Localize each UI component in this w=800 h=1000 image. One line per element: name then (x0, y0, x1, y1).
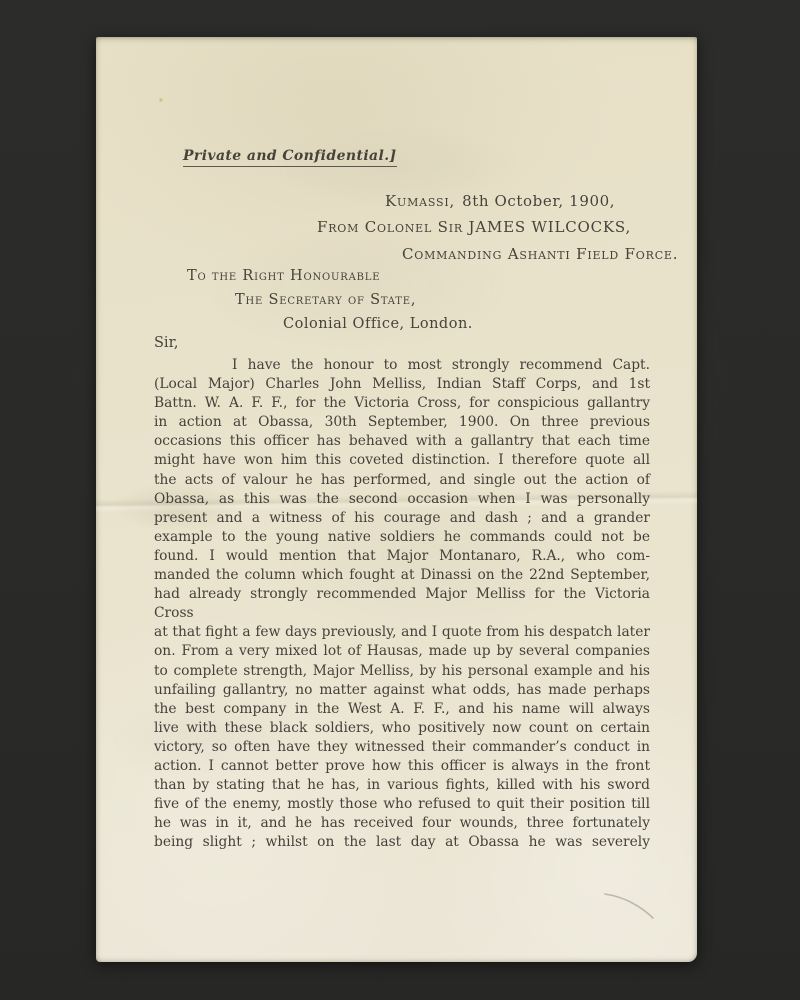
body-line: victory, so often have they witnessed th… (154, 738, 650, 757)
body-line: present and a witness of his courage and… (154, 509, 650, 528)
body-line: had already strongly recommended Major M… (154, 585, 650, 623)
recipient-line-1: To the Right Honourable (187, 268, 380, 284)
letterhead-place: Kumassi, (385, 192, 455, 210)
recipient-line-3: Colonial Office, London. (283, 316, 473, 332)
body-line: on. From a very mixed lot of Hausas, mad… (154, 642, 650, 661)
body-line: to complete strength, Major Melliss, by … (154, 662, 650, 681)
body-line: unfailing gallantry, no matter against w… (154, 681, 650, 700)
body-line: I have the honour to most strongly recom… (154, 356, 650, 375)
letterhead-command: Commanding Ashanti Field Force. (402, 245, 678, 263)
body-line: (Local Major) Charles John Melliss, Indi… (154, 375, 650, 394)
letterhead-date: 8th October, 1900, (462, 192, 615, 210)
confidential-stamp: Private and Confidential.] (183, 148, 397, 167)
body-line: being slight ; whilst on the last day at… (154, 833, 650, 852)
document-page: Private and Confidential.] Kumassi,8th O… (96, 37, 697, 962)
photo-background: Private and Confidential.] Kumassi,8th O… (0, 0, 800, 1000)
body-line: in action at Obassa, 30th September, 190… (154, 413, 650, 432)
salutation: Sir, (154, 335, 179, 351)
letterhead-place-date: Kumassi,8th October, 1900, (385, 192, 615, 210)
body-line: he was in it, and he has received four w… (154, 814, 650, 833)
body-line: Obassa, as this was the second occasion … (154, 490, 650, 509)
body-line: might have won him this coveted distinct… (154, 451, 650, 470)
body-line: example to the young native soldiers he … (154, 528, 650, 547)
body-line: the acts of valour he has performed, and… (154, 471, 650, 490)
body-line: the best company in the West A. F. F., a… (154, 700, 650, 719)
body-line: action. I cannot better prove how this o… (154, 757, 650, 776)
body-line: found. I would mention that Major Montan… (154, 547, 650, 566)
body-line: Battn. W. A. F. F., for the Victoria Cro… (154, 394, 650, 413)
body-line: manded the column which fought at Dinass… (154, 566, 650, 585)
body-line: live with these black soldiers, who posi… (154, 719, 650, 738)
letter-body: I have the honour to most strongly recom… (154, 356, 650, 852)
recipient-line-2: The Secretary of State, (235, 292, 416, 308)
letterhead-from: From Colonel Sir JAMES WILCOCKS, (317, 218, 631, 236)
body-line: at that fight a few days previously, and… (154, 623, 650, 642)
body-line: than by stating that he has, in various … (154, 776, 650, 795)
body-line: occasions this officer has behaved with … (154, 432, 650, 451)
body-line: five of the enemy, mostly those who refu… (154, 795, 650, 814)
